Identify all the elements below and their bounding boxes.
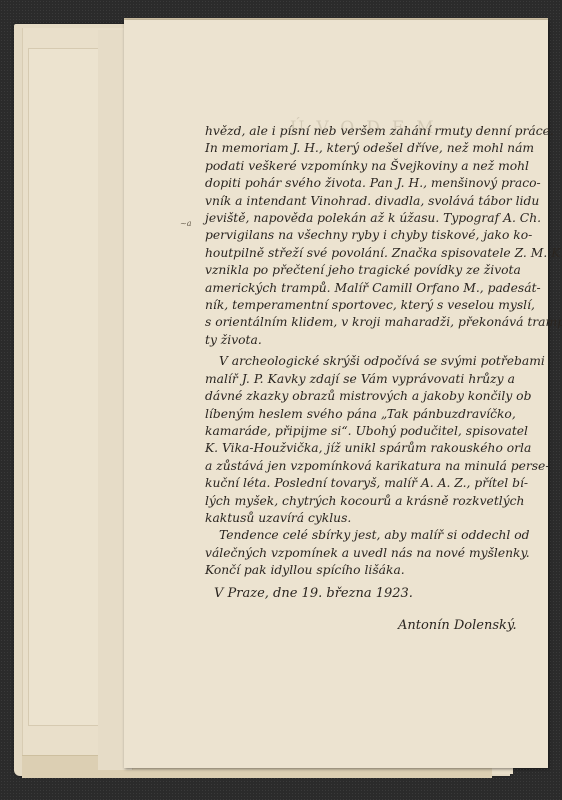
text-line: vník a intendant Vinohrad. divadla, svol… (205, 193, 515, 210)
paragraph-2: V archeologické skrýši odpočívá se svými… (205, 353, 515, 527)
text-line: dopiti pohár svého života. Pan J. H., me… (205, 175, 515, 192)
text-line: malíř J. P. Kavky zdají se Vám vyprávova… (205, 371, 515, 388)
text-line: V archeologické skrýši odpočívá se svými… (205, 353, 515, 370)
text-line: K. Vika-Houžvička, jíž unikl spárům rako… (205, 440, 515, 457)
text-line: ty života. (205, 332, 515, 349)
text-line: jeviště, napověda polekán až k úžasu. Ty… (205, 210, 515, 227)
text-line: hvězd, ale i písní neb veršem zahání rmu… (205, 123, 515, 140)
text-line: dávné zkazky obrazů mistrových a jakoby … (205, 388, 515, 405)
text-line: s orientálním klidem, v kroji maharadži,… (205, 314, 515, 331)
text-line: Tendence celé sbírky jest, aby malíř si … (205, 527, 515, 544)
paragraph-1: hvězd, ale i písní neb veršem zahání rmu… (205, 123, 515, 349)
paragraph-3: Tendence celé sbírky jest, aby malíř si … (205, 527, 515, 579)
text-line: ník, temperamentní sportovec, který s ve… (205, 297, 515, 314)
author-signature: Antonín Dolenský. (398, 618, 517, 633)
text-line: In memoriam J. H., který odešel dříve, n… (205, 140, 515, 157)
text-line: Končí pak idyllou spícího lišáka. (205, 562, 515, 579)
text-line: kaktusů uzavírá cyklus. (205, 510, 515, 527)
text-line: a zůstává jen vzpomínková karikatura na … (205, 458, 515, 475)
text-line: lých myšek, chytrých kocourů a krásně ro… (205, 493, 515, 510)
margin-mark: ~a (180, 219, 191, 228)
text-line: houtpilně střeží své povolání. Značka sp… (205, 245, 515, 262)
date-line: V Praze, dne 19. března 1923. (214, 586, 413, 601)
text-line: válečných vzpomínek a uvedl nás na nové … (205, 545, 515, 562)
body-text: hvězd, ale i písní neb veršem zahání rmu… (205, 123, 515, 580)
text-line: kamaráde, připijme si“. Ubohý podučitel,… (205, 423, 515, 440)
text-line: pervigilans na všechny ryby i chyby tisk… (205, 227, 515, 244)
text-line: líbeným heslem svého pána „Tak pánbuzdra… (205, 406, 515, 423)
text-line: podati veškeré vzpomínky na Švejkoviny a… (205, 158, 515, 175)
text-line: kuční léta. Poslední tovaryš, malíř A. A… (205, 475, 515, 492)
text-line: amerických trampů. Malíř Camill Orfano M… (205, 280, 515, 297)
text-line: vznikla po přečtení jeho tragické povídk… (205, 262, 515, 279)
